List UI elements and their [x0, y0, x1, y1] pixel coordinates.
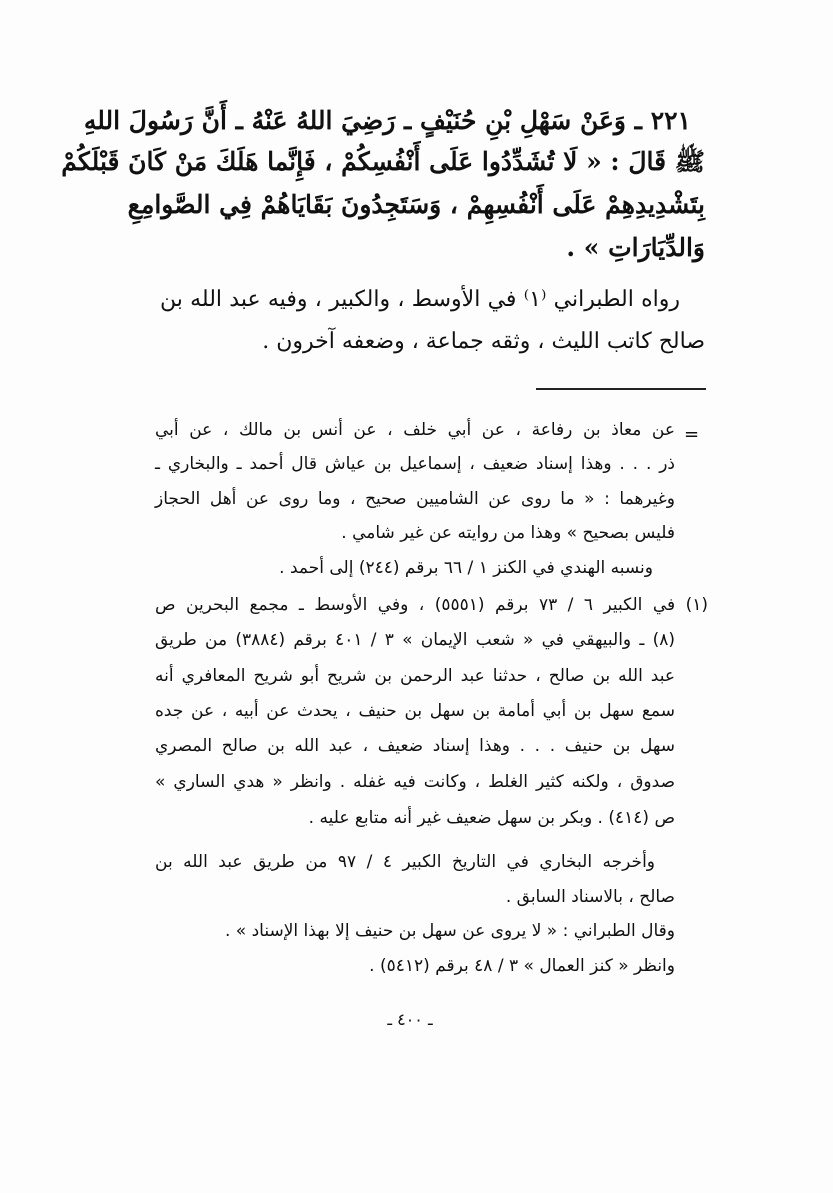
footnote-divider — [536, 388, 706, 390]
takhrij-line-1: رواه الطبراني ⁽١⁾ في الأوسط ، والكبير ، … — [160, 280, 680, 320]
page-number: ـ ٤٠٠ ـ — [360, 1010, 460, 1029]
footnote-1-line-6: صدوق ، ولكنه كثير الغلط ، وكانت فيه غفله… — [155, 766, 675, 798]
footnote-1-line-5: سهل بن حنيف . . . وهذا إسناد ضعيف ، عبد … — [155, 730, 675, 762]
continuation-mark: = — [684, 424, 699, 445]
footnote-1-line-1: (١) في الكبير ٦ / ٧٣ برقم (٥٥٥١) ، وفي ا… — [155, 589, 708, 621]
footnote-cont-line-4: فليس بصحيح » وهذا من روايته عن غير شامي … — [155, 517, 675, 549]
footnote-1-line-4: سمع سهل بن أبي أمامة بن سهل بن حنيف ، يح… — [155, 695, 675, 727]
footnote-cont-line-1: عن معاذ بن رفاعة ، عن أبي خلف ، عن أنس ب… — [155, 414, 675, 446]
footnote-cont-line-5: ونسبه الهندي في الكنز ١ / ٦٦ برقم (٢٤٤) … — [155, 552, 653, 584]
footnote-cont-line-3: وغيرهما : « ما روى عن الشاميين صحيح ، وم… — [155, 483, 675, 515]
hadith-line-1: ٢٢١ ـ وَعَنْ سَهْلِ بْنِ حُنَيْفٍ ـ رَضِ… — [163, 99, 691, 143]
footnote-1-line-11: وانظر « كنز العمال » ٣ / ٤٨ برقم (٥٤١٢) … — [155, 950, 675, 982]
footnote-1-line-3: عبد الله بن صالح ، حدثنا عبد الرحمن بن ش… — [155, 660, 675, 692]
footnote-1-line-10: وقال الطبراني : « لا يروى عن سهل بن حنيف… — [155, 915, 675, 947]
footnote-1-line-7: ص (٤١٤) . وبكر بن سهل ضعيف غير أنه متابع… — [155, 802, 675, 834]
footnote-cont-line-2: ذر . . . وهذا إسناد ضعيف ، إسماعيل بن عي… — [155, 448, 675, 480]
book-page: ٢٢١ ـ وَعَنْ سَهْلِ بْنِ حُنَيْفٍ ـ رَضِ… — [0, 0, 833, 1193]
footnote-1-line-8: وأخرجه البخاري في التاريخ الكبير ٤ / ٩٧ … — [155, 846, 655, 878]
footnote-1-line-2: (٨) ـ والبيهقي في « شعب الإيمان » ٣ / ٤٠… — [155, 624, 675, 656]
footnote-1-line-9: صالح ، بالاسناد السابق . — [155, 881, 675, 913]
takhrij-line-2: صالح كاتب الليث ، وثقه جماعة ، وضعفه آخر… — [160, 322, 705, 362]
hadith-line-3: بِتَشْدِيدِهِمْ عَلَى أَنْفُسِهِمْ ، وَس… — [160, 183, 705, 227]
hadith-line-4: وَالدِّيَارَاتِ » . — [160, 226, 705, 270]
hadith-line-2: ﷺ قَالَ : « لَا تُشَدِّدُوا عَلَى أَنْفُ… — [160, 140, 705, 184]
